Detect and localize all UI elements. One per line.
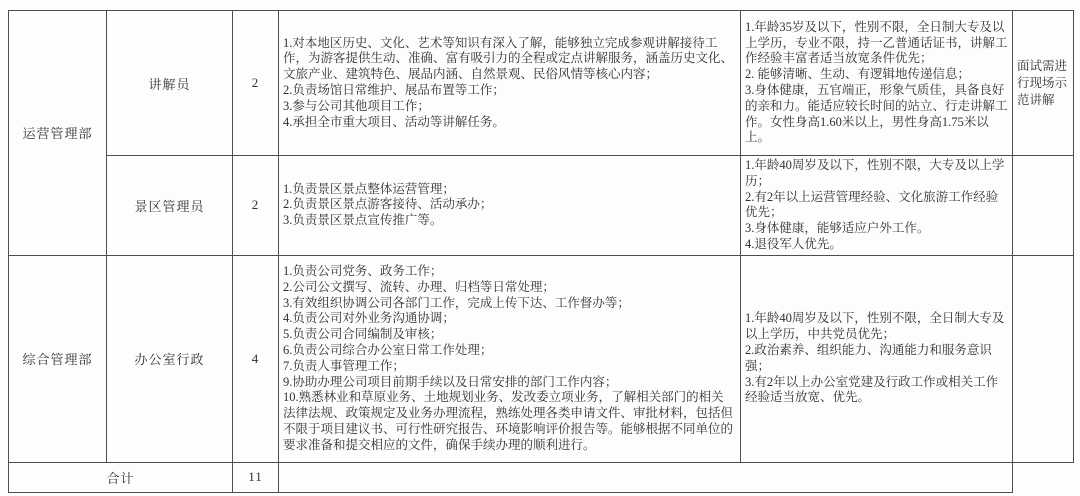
department-cell: 综合管理部 xyxy=(9,255,107,462)
note-cell: 面试需进行现场示范讲解 xyxy=(1013,11,1074,156)
table-row: 综合管理部 办公室行政 4 1.负责公司党务、政务工作； 2.公司公文撰写、流转… xyxy=(9,255,1074,462)
duties-cell: 1.对本地区历史、文化、艺术等知识有深入了解，能够独立完成参观讲解接待工作，为游… xyxy=(279,11,741,156)
total-count-cell: 11 xyxy=(233,462,279,492)
headcount-cell: 4 xyxy=(233,255,279,462)
total-row: 合计 11 xyxy=(9,462,1074,492)
recruitment-table: 运营管理部 讲解员 2 1.对本地区历史、文化、艺术等知识有深入了解，能够独立完… xyxy=(8,10,1074,493)
position-cell: 景区管理员 xyxy=(107,156,233,256)
total-label-cell: 合计 xyxy=(9,462,233,492)
requirements-cell: 1.年龄40周岁及以下，性别不限，大专及以上学历； 2.有2年以上运营管理经验、… xyxy=(741,156,1013,256)
table-row: 景区管理员 2 1.负责景区景点整体运营管理； 2.负责景区景点游客接待、活动承… xyxy=(9,156,1074,256)
note-cell xyxy=(1013,156,1074,256)
total-empty-cell xyxy=(279,462,1013,492)
position-cell: 讲解员 xyxy=(107,11,233,156)
note-cell xyxy=(1013,255,1074,462)
department-cell: 运营管理部 xyxy=(9,11,107,256)
table-row: 运营管理部 讲解员 2 1.对本地区历史、文化、艺术等知识有深入了解，能够独立完… xyxy=(9,11,1074,156)
requirements-cell: 1.年龄40周岁及以下，性别不限，全日制大专及以上学历，中共党员优先； 2.政治… xyxy=(741,255,1013,462)
headcount-cell: 2 xyxy=(233,11,279,156)
duties-cell: 1.负责公司党务、政务工作； 2.公司公文撰写、流转、办理、归档等日常处理； 3… xyxy=(279,255,741,462)
requirements-cell: 1.年龄35岁及以下，性别不限，全日制大专及以上学历，专业不限，持一乙普通话证书… xyxy=(741,11,1013,156)
headcount-cell: 2 xyxy=(233,156,279,256)
phantom-cell xyxy=(1013,462,1074,492)
duties-cell: 1.负责景区景点整体运营管理； 2.负责景区景点游客接待、活动承办； 3.负责景… xyxy=(279,156,741,256)
document-page: 运营管理部 讲解员 2 1.对本地区历史、文化、艺术等知识有深入了解，能够独立完… xyxy=(0,0,1080,496)
position-cell: 办公室行政 xyxy=(107,255,233,462)
